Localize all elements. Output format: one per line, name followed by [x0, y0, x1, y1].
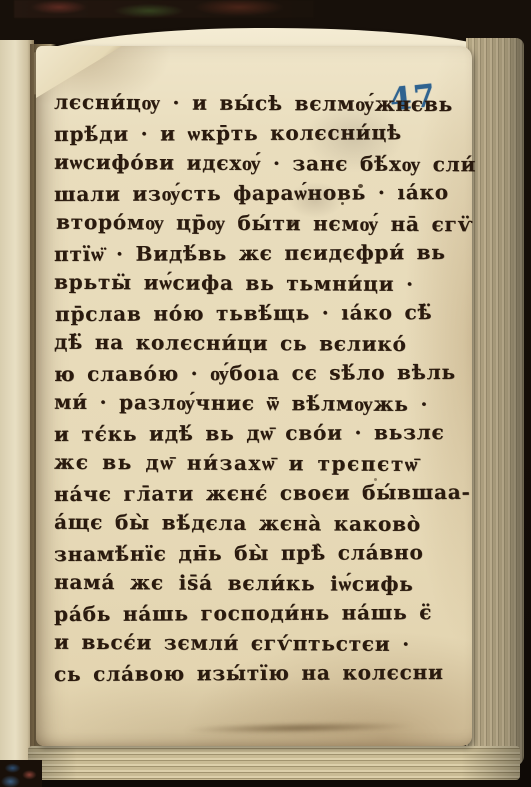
manuscript-line: а́щє бы̀ вѣ́дєла жєна̀ каково̀ [54, 507, 458, 539]
manuscript-line: иѡсифо́ви идєхѹ́ · занє бѣ́хѹ сли́ [54, 147, 458, 179]
bottom-page-edges [28, 746, 520, 780]
leaf-bottom-smudge [154, 719, 444, 736]
manuscript-line: и тє́кь идѣ́ вь дѡ̄ сво́и · вьзлє [54, 417, 458, 449]
manuscript-line: сь сла́вою изы́тїю на колєсни [54, 657, 458, 689]
manuscript-line: лєсни́цѹ · и вы́сѣ вєлмѹ́жнєвь [54, 87, 458, 119]
manuscript-line: прѣ́ди · и ѡкр̄ть колєсни́цѣ [54, 117, 458, 149]
manuscript-line: второ́мѹ цр̄ѹ бы́ти нємѹ́ на̄ єгѵ̈ [56, 207, 458, 239]
fore-edge-page-stack [466, 38, 524, 766]
manuscript-line: шали изѹ́сть фараѡ́новь · ıа́ко [54, 177, 458, 209]
manuscript-line: пр̄слав но́ю тьвѣ́щь · ıа́ко сѣ̈ [55, 297, 458, 329]
bottom-cover-marble [0, 760, 42, 787]
manuscript-line: жє вь дѡ̄ ни́захѡ̄ и трєпєтѡ̄ [54, 447, 458, 479]
manuscript-photo: 47 лєсни́цѹ · и вы́сѣ вєлмѹ́жнєвь прѣ́ди… [0, 0, 531, 787]
manuscript-line: ра́бь на́шь господи́нь на́шь є̈ [54, 597, 458, 629]
manuscript-line: нама́ жє іѕ̄а́ вєли́кь іѡ́сифь [54, 567, 458, 599]
left-page-edge [0, 40, 34, 774]
manuscript-line: дѣ̈ на колєсни́ци сь вєлико́ [54, 327, 458, 359]
manuscript-line: ю славо́ю · ѹ́боıа сє ѕѣ́ло вѣль [54, 357, 458, 389]
manuscript-line: птїѡ̈ · Видѣ́вь жє пєидєфри́ вь [54, 237, 458, 269]
manuscript-line: знамѣ́нїє дн̄ь бы̀ прѣ̀ сла́вно [54, 537, 458, 569]
manuscript-line: ми́ · разлѹ́чниє ѿ вѣ́лмѹжь · [54, 387, 458, 419]
manuscript-line: и вьсє́и зємли́ єгѵ́птьстєи · [54, 627, 458, 659]
manuscript-text-block: лєсни́цѹ · и вы́сѣ вєлмѹ́жнєвь прѣ́ди · … [54, 88, 458, 688]
manuscript-line: врьтӹ иѡ́сифа вь тьмни́ци · [54, 267, 458, 299]
manuscript-leaf: 47 лєсни́цѹ · и вы́сѣ вєлмѹ́жнєвь прѣ́ди… [36, 46, 472, 746]
manuscript-line: на́чє гл̄ати жєнє́ своєи бы́вшаа- [54, 477, 458, 509]
book-cover-marble-top [14, 0, 314, 18]
